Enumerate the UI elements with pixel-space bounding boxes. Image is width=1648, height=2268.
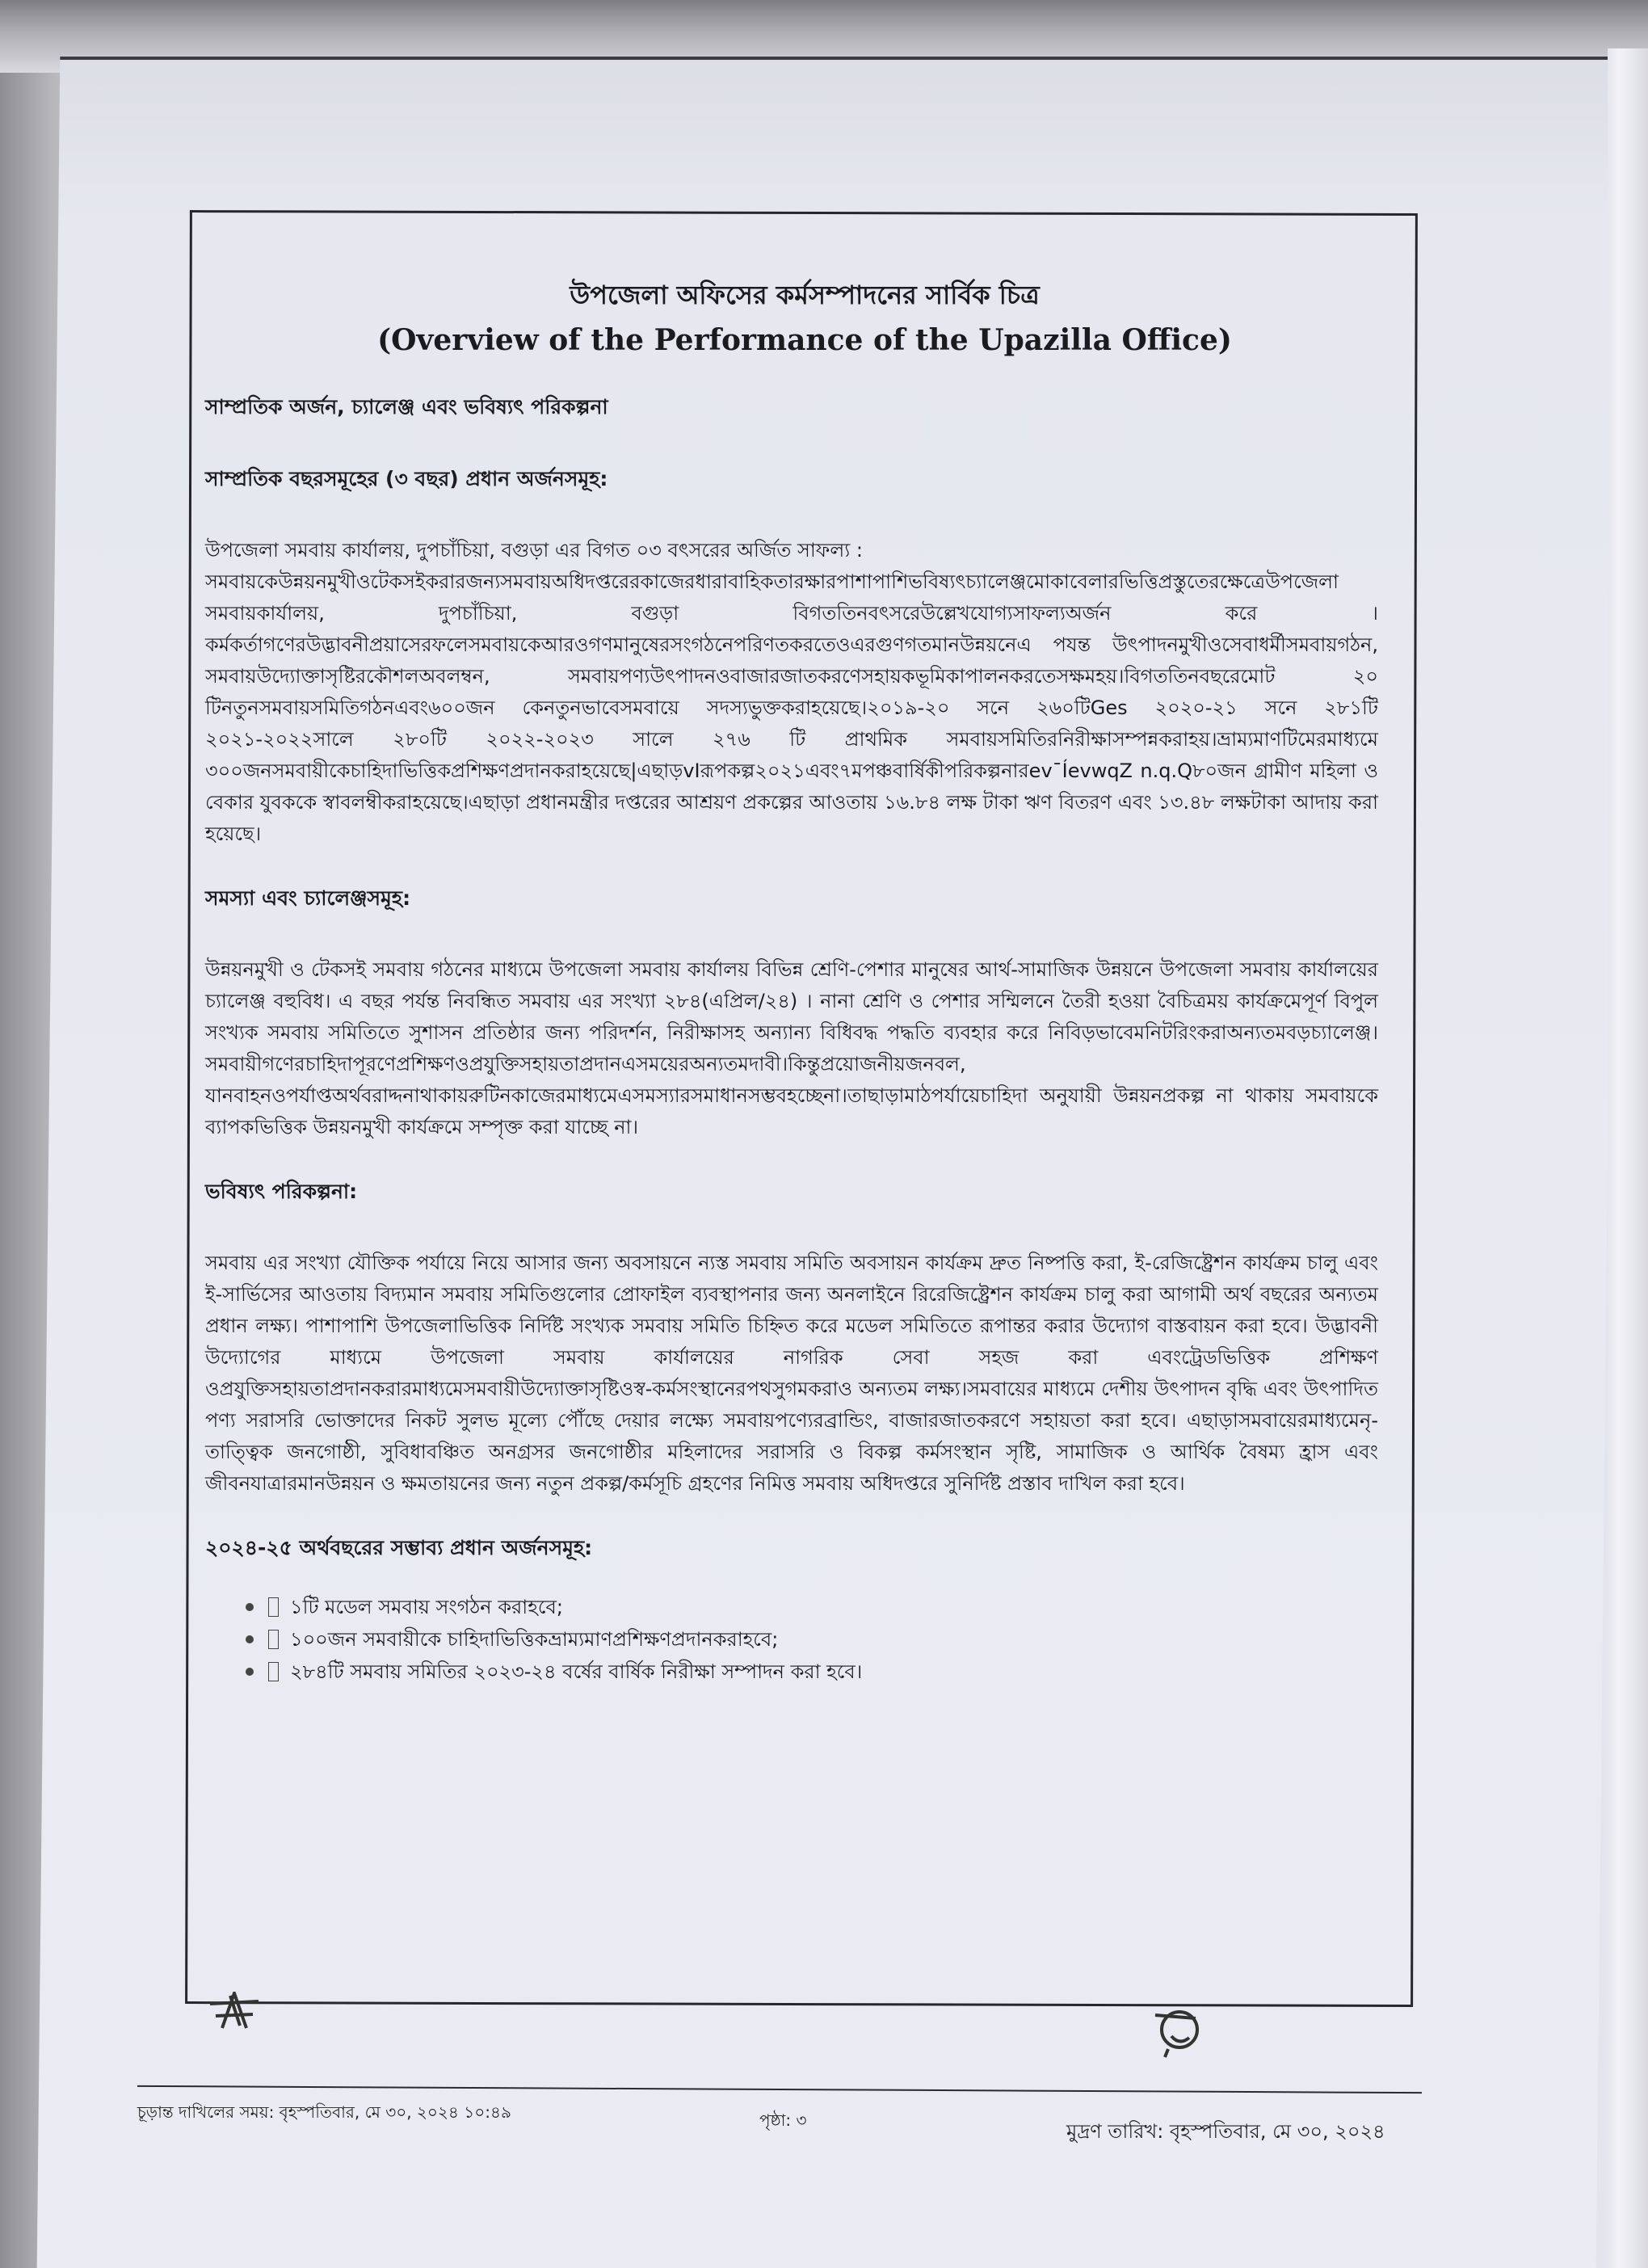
document-body: উপজেলা অফিসের কর্মসম্পাদনের সার্বিক চিত্… <box>191 242 1419 1688</box>
expected-heading: ২০২৪-২৫ অর্থবছরের সম্ভাব্য প্রধান অর্জনস… <box>205 1532 1402 1567</box>
achievements-intro: উপজেলা সমবায় কার্যালয়, দুপচাঁচিয়া, বগ… <box>205 535 1402 566</box>
list-item: ১টি মডেল সমবায় সংগঠন করাহবে; <box>246 1591 1402 1623</box>
achievements-body: সমবায়কেউন্নয়নমুখীওটেকসইকরারজন্যসমবায়অ… <box>205 566 1402 850</box>
print-date: মুদ্রণ তারিখ: বৃহস্পতিবার, মে ৩০, ২০২৪ <box>1066 2117 1385 2149</box>
signature-left-icon <box>206 1992 263 2042</box>
challenges-body: উন্নয়নমুখী ও টেকসই সমবায় গঠনের মাধ্যমে… <box>205 954 1402 1143</box>
future-plan-body: সমবায় এর সংখ্যা যৌক্তিক পর্যায়ে নিয়ে … <box>205 1248 1402 1500</box>
checkbox-glyph-icon <box>268 1662 279 1681</box>
paper-edge <box>1608 48 1648 2268</box>
checkbox-glyph-icon <box>268 1597 279 1617</box>
list-item: ২৮৪টি সমবায় সমিতির ২০২৩-২৪ বর্ষের বার্ষ… <box>246 1656 1402 1688</box>
bullet-icon <box>246 1668 254 1676</box>
submission-time: চূড়ান্ত দাখিলের সময়: বৃহস্পতিবার, মে ৩… <box>137 2101 511 2127</box>
title-english: (Overview of the Performance of the Upaz… <box>191 323 1419 357</box>
achievements-heading: সাম্প্রতিক বছরসমূহের (৩ বছর) প্রধান অর্জ… <box>205 463 1402 498</box>
challenges-heading: সমস্যা এবং চ্যালেঞ্জসমূহ: <box>205 882 1402 917</box>
bullet-icon <box>246 1603 254 1611</box>
list-item: ১০০জন সমবায়ীকে চাহিদাভিত্তিকভ্রাম্যমাণপ… <box>246 1623 1402 1656</box>
expected-list: ১টি মডেল সমবায় সংগঠন করাহবে; ১০০জন সমবা… <box>246 1591 1402 1688</box>
signature-right-icon <box>1147 2004 1204 2070</box>
title-bengali: উপজেলা অফিসের কর্মসম্পাদনের সার্বিক চিত্… <box>191 275 1419 318</box>
page-number: পৃষ্ঠা: ৩ <box>759 2109 807 2135</box>
section-heading-main: সাম্প্রতিক অর্জন, চ্যালেঞ্জ এবং ভবিষ্যৎ … <box>205 391 1402 426</box>
checkbox-glyph-icon <box>268 1630 279 1649</box>
future-plan-heading: ভবিষ্যৎ পরিকল্পনা: <box>205 1176 1402 1210</box>
bullet-icon <box>246 1635 254 1643</box>
